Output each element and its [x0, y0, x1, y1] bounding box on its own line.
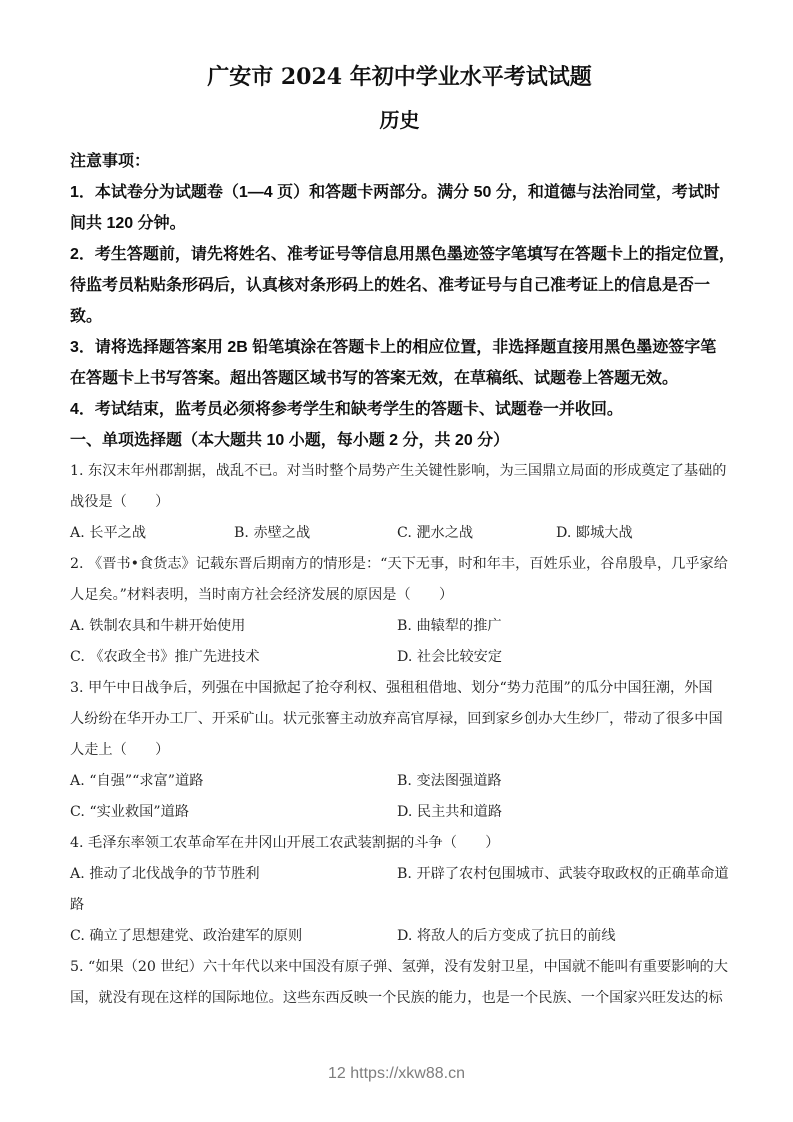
- question-4-option-b: B. 开辟了农村包围城市、武装夺取政权的正确革命道: [397, 859, 729, 890]
- question-3-option-d: D. 民主共和道路: [397, 797, 502, 828]
- question-2-option-c: C. 《农政全书》推广先进技术: [70, 642, 397, 673]
- question-2-option-d: D. 社会比较安定: [397, 642, 502, 673]
- notice-item-3-line-2: 在答题卡上书写答案。超出答题区域书写的答案无效，在草稿纸、试题卷上答题无效。: [70, 363, 729, 394]
- question-3-line-2: 人纷纷在华开办工厂、开采矿山。状元张謇主动放弃高官厚禄，回到家乡创办大生纱厂，带…: [70, 704, 729, 735]
- exam-subject: 历史: [70, 106, 729, 134]
- question-3: 3. 甲午中日战争后，列强在中国掀起了抢夺利权、强租租借地、划分“势力范围”的瓜…: [70, 673, 729, 828]
- question-3-option-b: B. 变法图强道路: [397, 766, 502, 797]
- question-4-options-row-2: C. 确立了思想建党、政治建军的原则 D. 将敌人的后方变成了抗日的前线: [70, 921, 729, 952]
- question-2-line-2: 人足矣。”材料表明，当时南方社会经济发展的原因是（ ）: [70, 580, 729, 611]
- page-number: 12: [328, 1065, 346, 1082]
- notice-item-1-line-2: 间共 120 分钟。: [70, 208, 729, 239]
- exam-paper-page: 广安市 2024 年初中学业水平考试试题 历史 注意事项： 1．本试卷分为试题卷…: [0, 0, 793, 1122]
- notice-section: 注意事项： 1．本试卷分为试题卷（1—4 页）和答题卡两部分。满分 50 分，和…: [70, 146, 729, 425]
- question-1-option-a: A. 长平之战: [70, 518, 234, 549]
- question-4-option-d: D. 将敌人的后方变成了抗日的前线: [397, 921, 616, 952]
- question-3-line-3: 人走上（ ）: [70, 735, 729, 766]
- question-4-line-1: 4. 毛泽东率领工农革命军在井冈山开展工农武装割据的斗争（ ）: [70, 828, 729, 859]
- question-2-options-row-2: C. 《农政全书》推广先进技术 D. 社会比较安定: [70, 642, 729, 673]
- notice-item-1-line-1: 1．本试卷分为试题卷（1—4 页）和答题卡两部分。满分 50 分，和道德与法治同…: [70, 177, 729, 208]
- question-1-line-2: 战役是（ ）: [70, 487, 729, 518]
- notice-item-3-line-1: 3．请将选择题答案用 2B 铅笔填涂在答题卡上的相应位置，非选择题直接用黑色墨迹…: [70, 332, 729, 363]
- question-4-option-c: C. 确立了思想建党、政治建军的原则: [70, 921, 397, 952]
- notice-item-2-line-1: 2．考生答题前，请先将姓名、准考证号等信息用黑色墨迹签字笔填写在答题卡上的指定位…: [70, 239, 729, 270]
- notice-heading: 注意事项：: [70, 146, 729, 177]
- question-2-option-a: A. 铁制农具和牛耕开始使用: [70, 611, 397, 642]
- section-header-multiple-choice: 一、单项选择题（本大题共 10 小题，每小题 2 分，共 20 分）: [70, 425, 729, 456]
- question-3-line-1: 3. 甲午中日战争后，列强在中国掀起了抢夺利权、强租租借地、划分“势力范围”的瓜…: [70, 673, 729, 704]
- question-3-option-c: C. “实业救国”道路: [70, 797, 397, 828]
- question-1-line-1: 1. 东汉末年州郡割据，战乱不已。对当时整个局势产生关键性影响，为三国鼎立局面的…: [70, 456, 729, 487]
- question-2: 2. 《晋书•食货志》记载东晋后期南方的情形是：“天下无事，时和年丰，百姓乐业，…: [70, 549, 729, 673]
- question-5: 5. “如果（20 世纪）六十年代以来中国没有原子弹、氢弹，没有发射卫星，中国就…: [70, 952, 729, 1014]
- watermark-url: https://xkw88.cn: [350, 1065, 465, 1082]
- page-content: 广安市 2024 年初中学业水平考试试题 历史 注意事项： 1．本试卷分为试题卷…: [0, 0, 793, 1014]
- question-1-options-row: A. 长平之战 B. 赤壁之战 C. 淝水之战 D. 郾城大战: [70, 518, 729, 549]
- question-4: 4. 毛泽东率领工农革命军在井冈山开展工农武装割据的斗争（ ） A. 推动了北伐…: [70, 828, 729, 952]
- question-1-option-c: C. 淝水之战: [397, 518, 556, 549]
- question-2-option-b: B. 曲辕犁的推广: [397, 611, 502, 642]
- question-3-option-a: A. “自强”“求富”道路: [70, 766, 397, 797]
- question-5-line-2: 国，就没有现在这样的国际地位。这些东西反映一个民族的能力，也是一个民族、一个国家…: [70, 983, 729, 1014]
- question-2-options-row-1: A. 铁制农具和牛耕开始使用 B. 曲辕犁的推广: [70, 611, 729, 642]
- question-3-options-row-2: C. “实业救国”道路 D. 民主共和道路: [70, 797, 729, 828]
- question-4-options-row-1: A. 推动了北伐战争的节节胜利 B. 开辟了农村包围城市、武装夺取政权的正确革命…: [70, 859, 729, 890]
- notice-item-4-line-1: 4．考试结束，监考员必须将参考学生和缺考学生的答题卡、试题卷一并收回。: [70, 394, 729, 425]
- footer-watermark: 12 https://xkw88.cn: [0, 1063, 793, 1085]
- question-4-option-a: A. 推动了北伐战争的节节胜利: [70, 859, 397, 890]
- exam-title: 广安市 2024 年初中学业水平考试试题: [70, 62, 729, 92]
- question-1-option-b: B. 赤壁之战: [234, 518, 397, 549]
- question-4-option-b-wrap-line: 路: [70, 890, 729, 921]
- question-5-line-1: 5. “如果（20 世纪）六十年代以来中国没有原子弹、氢弹，没有发射卫星，中国就…: [70, 952, 729, 983]
- question-3-options-row-1: A. “自强”“求富”道路 B. 变法图强道路: [70, 766, 729, 797]
- question-1-option-d: D. 郾城大战: [556, 518, 633, 549]
- question-1: 1. 东汉末年州郡割据，战乱不已。对当时整个局势产生关键性影响，为三国鼎立局面的…: [70, 456, 729, 549]
- notice-item-2-line-3: 致。: [70, 301, 729, 332]
- notice-item-2-line-2: 待监考员粘贴条形码后，认真核对条形码上的姓名、准考证号与自己准考证上的信息是否一: [70, 270, 729, 301]
- question-2-line-1: 2. 《晋书•食货志》记载东晋后期南方的情形是：“天下无事，时和年丰，百姓乐业，…: [70, 549, 729, 580]
